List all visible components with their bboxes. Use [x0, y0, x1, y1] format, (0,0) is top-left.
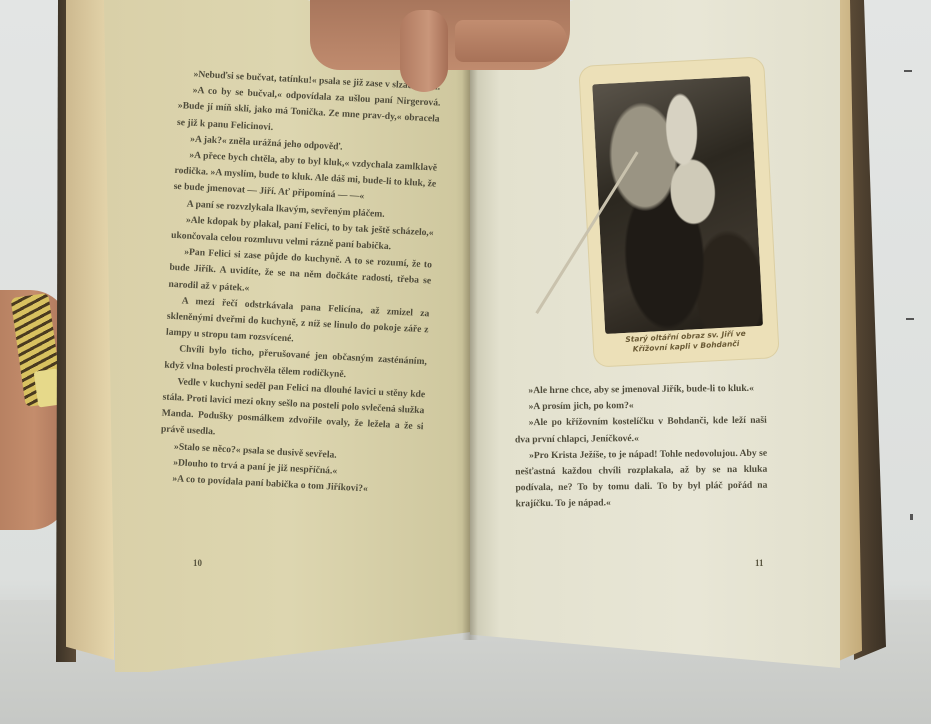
page-number-left: 10: [193, 558, 202, 568]
book-gutter: [462, 40, 478, 640]
paragraph: »Ale po křížovním kostelíčku v Bohdanči,…: [515, 413, 767, 448]
page-number-right: 11: [755, 558, 764, 568]
thumb: [400, 10, 448, 92]
st-george-engraving: [592, 76, 763, 334]
finger: [455, 20, 567, 62]
wall-mark: [904, 70, 912, 72]
wall-mark: [910, 514, 913, 520]
wall-mark: [906, 318, 914, 320]
paragraph: »Ale hrne chce, aby se jmenoval Jiřík, b…: [514, 381, 766, 400]
right-page-text: »Ale hrne chce, aby se jmenoval Jiřík, b…: [514, 381, 767, 513]
left-page-text: »Nebuďsi se bučvat, tatínku!« psala se j…: [158, 66, 442, 500]
illustration-plate: Starý oltářní obraz sv. Jiří ve Křížovní…: [579, 57, 778, 366]
paragraph: »Pro Krista Ježíše, to je nápad! Tohle n…: [515, 445, 768, 512]
